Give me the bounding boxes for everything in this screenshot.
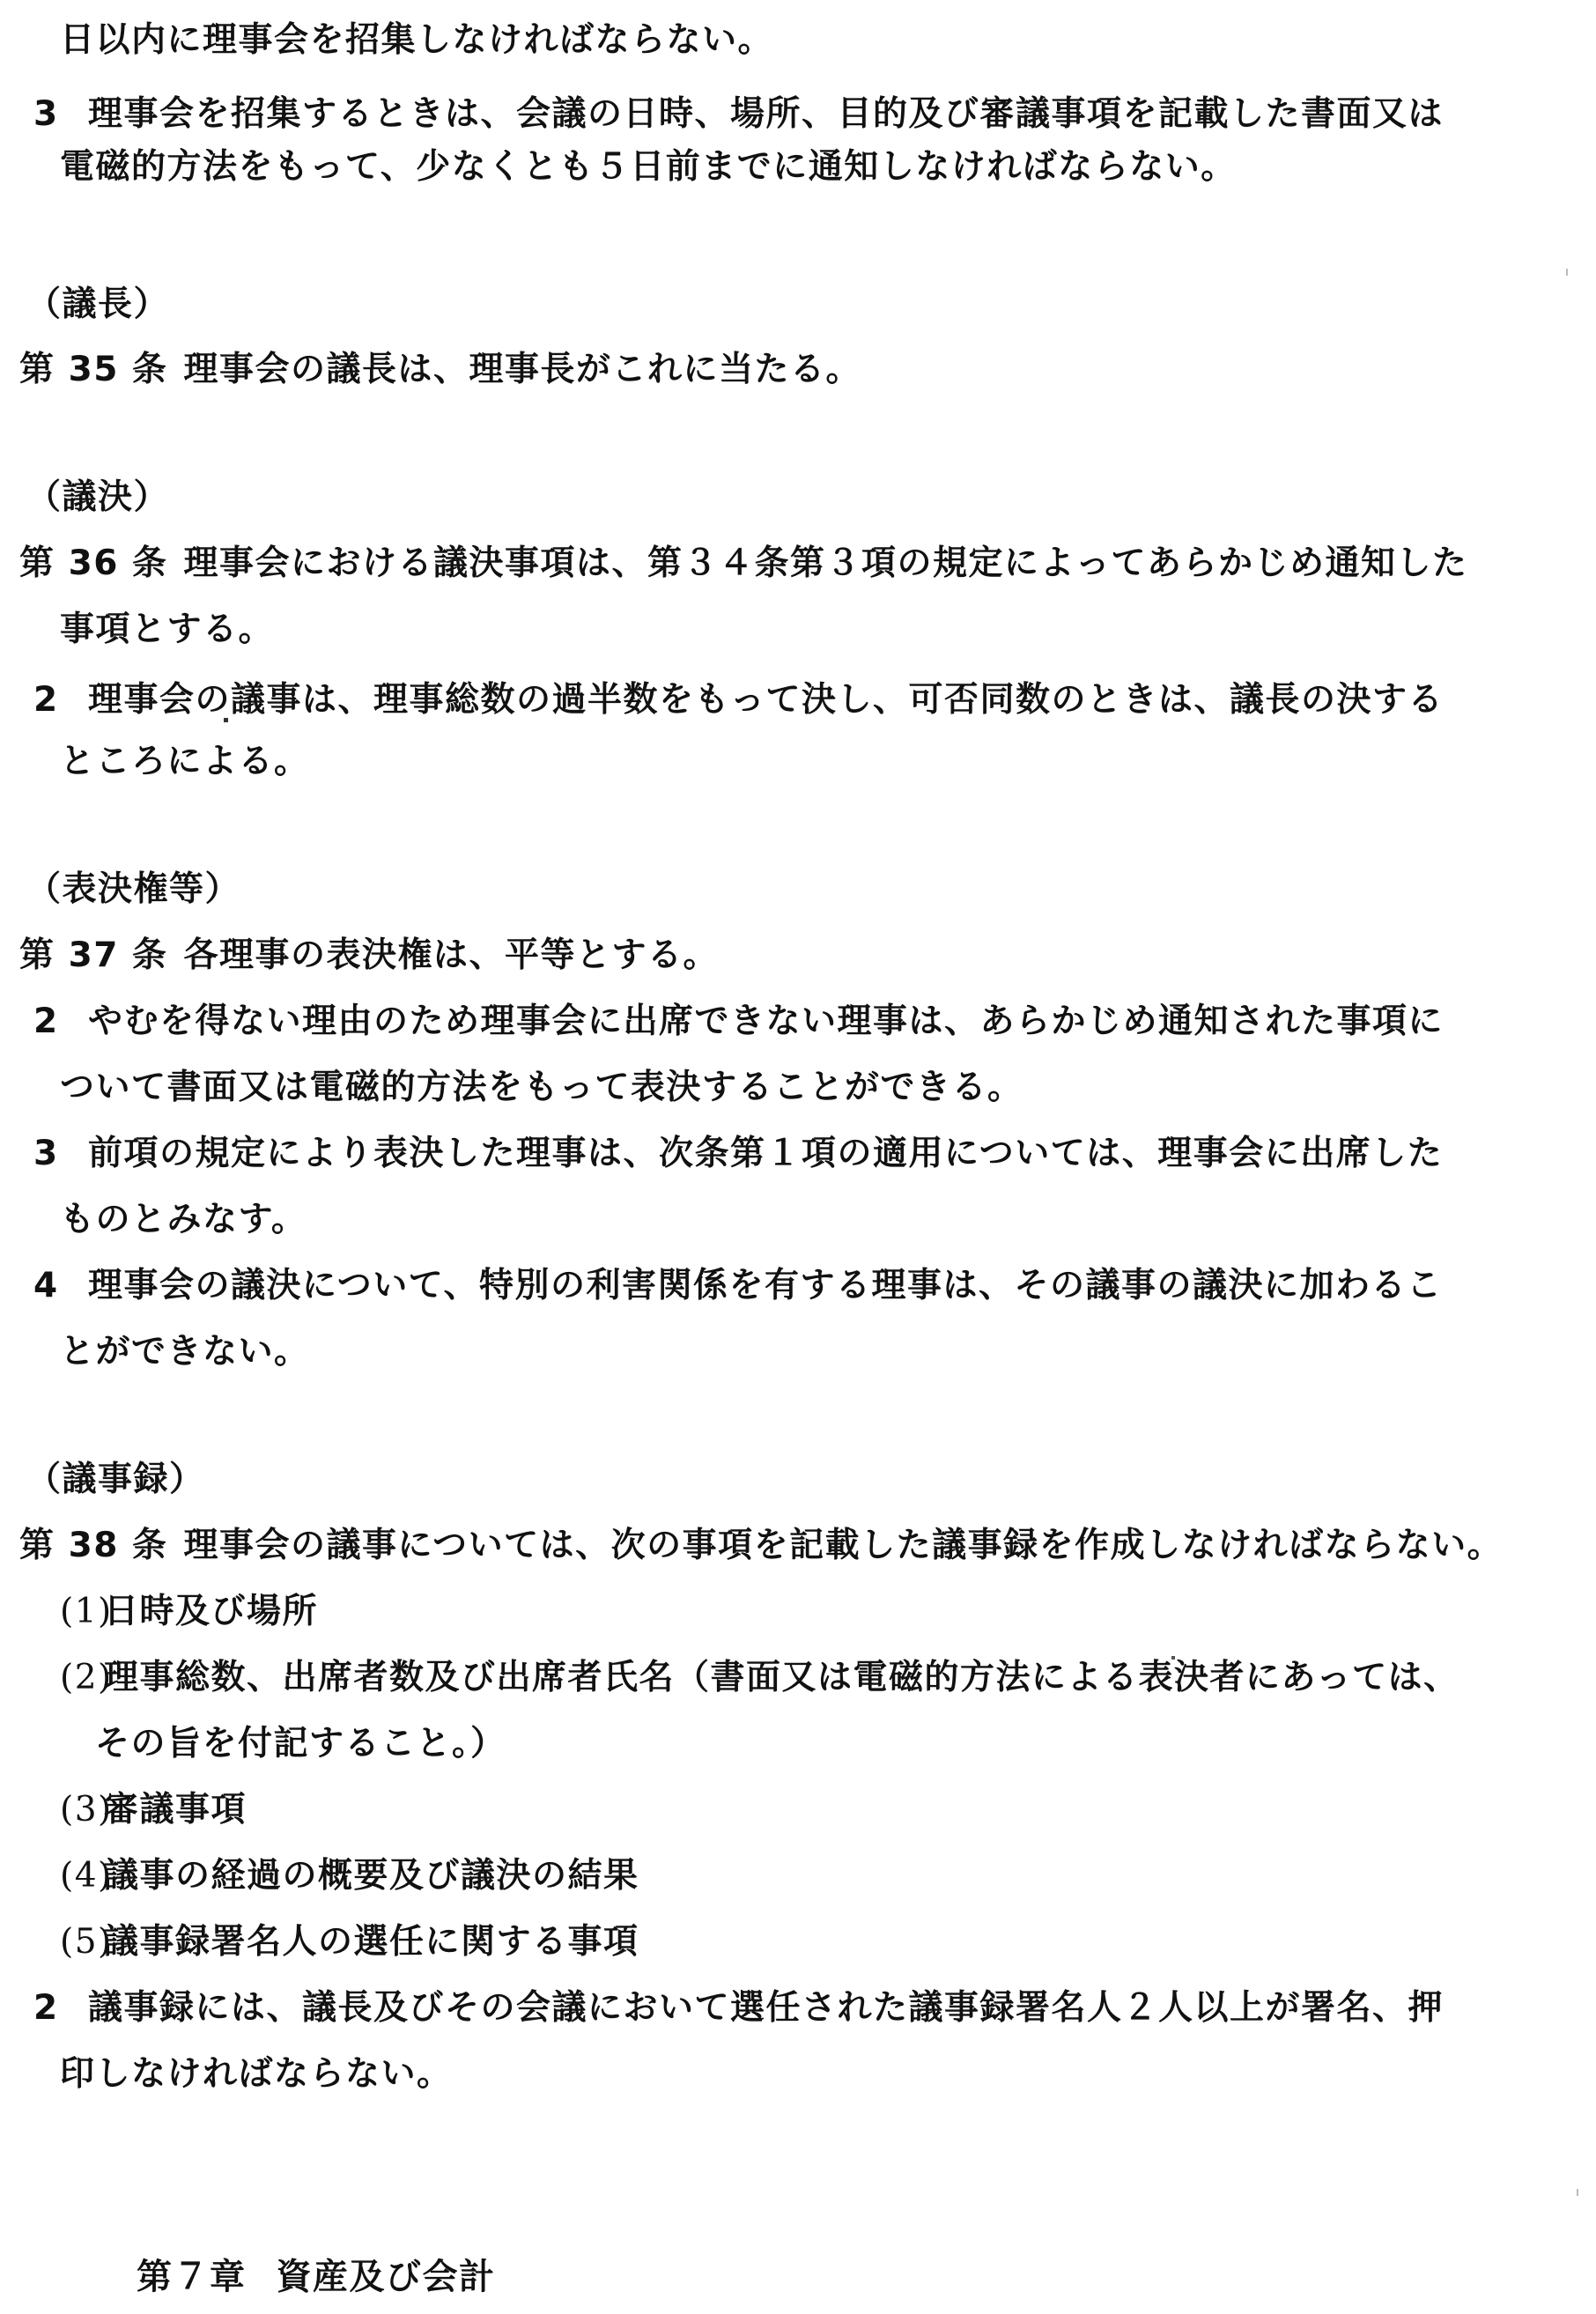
text-line: 電磁的方法をもって、少なくとも５日前までに通知しなければならない。 [60,147,1237,187]
article38-paragraph-2: 2議事録には、議長及びその会議において選任された議事録署名人２人以上が署名、押 [33,1982,1444,2035]
caption-text: （議長） [26,285,169,324]
article37-paragraph-3: 3前項の規定により表決した理事は、次条第１項の適用については、理事会に出席した [33,1127,1443,1180]
text-line: 理事会の議決について、特別の利害関係を有する理事は、その議事の議決に加わるこ [88,1266,1442,1305]
text-line: 日以内に理事会を招集しなければならない。 [60,20,773,60]
article-heading: 第 37 条 [19,929,167,982]
item-number: (5) [60,1916,104,1969]
article37-paragraph-3-continuation: ものとみなす。 [60,1194,307,1246]
article38-item-4: (4)議事の経過の概要及び議決の結果 [60,1850,639,1903]
item-text: その旨を付記すること。） [95,1724,506,1763]
text-line: 印しなければならない。 [60,2054,453,2094]
text-line: 前項の規定により表決した理事は、次条第１項の適用については、理事会に出席した [88,1134,1443,1173]
item-text: 議事録署名人の選任に関する事項 [104,1922,639,1962]
article-text: 理事会の議長は、理事長がこれに当たる。 [183,350,861,389]
paragraph-number: 2 [33,995,88,1048]
text-line: ついて書面又は電磁的方法をもって表決することができる。 [60,1068,1023,1107]
article37-paragraph-4-continuation: とができない。 [60,1326,310,1379]
item-text: 審議事項 [104,1790,247,1830]
scan-speck [1171,1656,1175,1660]
article35-caption: （議長） [26,278,169,331]
article38-caption: （議事録） [26,1453,205,1506]
text-line: とができない。 [60,1332,310,1371]
article38-item-2-continuation: その旨を付記すること。） [95,1718,506,1771]
caption-text: （議事録） [26,1460,205,1499]
paragraph-number: 3 [33,88,88,141]
paragraph-number: 3 [33,1127,88,1180]
item-number: (4) [60,1850,104,1903]
text-line: 理事会の議事は、理事総数の過半数をもって決し、可否同数のときは、議長の決する [88,680,1444,720]
article35: 第 35 条理事会の議長は、理事長がこれに当たる。 [19,344,861,396]
paragraph-number: 4 [33,1260,88,1312]
text-line: ところによる。 [60,742,310,781]
article37: 第 37 条各理事の表決権は、平等とする。 [19,929,719,982]
article38-item-2: (2)理事総数、出席者数及び出席者氏名（書面又は電磁的方法による表決者にあっては… [60,1652,1459,1704]
article-text: 理事会の議事については、次の事項を記載した議事録を作成しなければならない。 [183,1526,1503,1565]
item-number: (2) [60,1652,104,1704]
article38-item-1: (1)日時及び場所 [60,1586,318,1638]
article-text: 理事会における議決事項は、第３４条第３項の規定によってあらかじめ通知した [183,543,1467,583]
article-heading: 第 38 条 [19,1519,167,1572]
article-heading: 第 36 条 [19,537,167,590]
item-number: (3) [60,1784,104,1837]
article-text: 各理事の表決権は、平等とする。 [183,935,719,975]
paragraph-number: 2 [33,674,88,727]
article37-paragraph-4: 4理事会の議決について、特別の利害関係を有する理事は、その議事の議決に加わるこ [33,1260,1442,1312]
article37-paragraph-2: 2やむを得ない理由のため理事会に出席できない理事は、あらかじめ通知された事項に [33,995,1444,1048]
caption-text: （議決） [26,477,169,517]
chapter-number: 第７章 [137,2251,247,2303]
item-text: 議事の経過の概要及び議決の結果 [104,1856,639,1896]
article38: 第 38 条理事会の議事については、次の事項を記載した議事録を作成しなければなら… [19,1519,1503,1572]
article36-continuation: 事項とする。 [60,603,274,656]
scan-speck [1577,2189,1578,2196]
article36-paragraph-2-continuation: ところによる。 [60,736,310,788]
scan-speck [1566,269,1568,276]
article36-caption: （議決） [26,471,169,524]
scanned-document-page: 日以内に理事会を招集しなければならない。 3理事会を招集するときは、会議の日時、… [0,0,1596,2314]
scan-speck [224,718,228,722]
article37-paragraph-2-continuation: ついて書面又は電磁的方法をもって表決することができる。 [60,1061,1023,1114]
article-heading: 第 35 条 [19,344,167,396]
item-text: 理事総数、出席者数及び出席者氏名（書面又は電磁的方法による表決者にあっては、 [104,1658,1459,1697]
article34-paragraph-3: 3理事会を招集するときは、会議の日時、場所、目的及び審議事項を記載した書面又は [33,88,1444,141]
article37-caption: （表決権等） [26,863,240,916]
caption-text: （表決権等） [26,869,240,909]
text-line: 事項とする。 [60,610,274,649]
item-text: 日時及び場所 [104,1592,318,1631]
article36-paragraph-2: 2理事会の議事は、理事総数の過半数をもって決し、可否同数のときは、議長の決する [33,674,1444,727]
article38-item-5: (5)議事録署名人の選任に関する事項 [60,1916,639,1969]
text-line: ものとみなす。 [60,1200,307,1239]
article36: 第 36 条理事会における議決事項は、第３４条第３項の規定によってあらかじめ通知… [19,537,1467,590]
text-line: 議事録には、議長及びその会議において選任された議事録署名人２人以上が署名、押 [88,1988,1444,2028]
paragraph-number: 2 [33,1982,88,2035]
text-line: やむを得ない理由のため理事会に出席できない理事は、あらかじめ通知された事項に [88,1002,1444,1041]
chapter-title: 資産及び会計 [277,2257,496,2297]
text-line: 理事会を招集するときは、会議の日時、場所、目的及び審議事項を記載した書面又は [88,94,1444,134]
article34-paragraph-3-continuation: 電磁的方法をもって、少なくとも５日前までに通知しなければならない。 [60,141,1237,194]
article38-paragraph-2-continuation: 印しなければならない。 [60,2048,453,2101]
article34-p2-continuation: 日以内に理事会を招集しなければならない。 [60,14,773,67]
article38-item-3: (3)審議事項 [60,1784,247,1837]
item-number: (1) [60,1586,104,1638]
chapter7-heading: 第７章資産及び会計 [137,2251,496,2303]
